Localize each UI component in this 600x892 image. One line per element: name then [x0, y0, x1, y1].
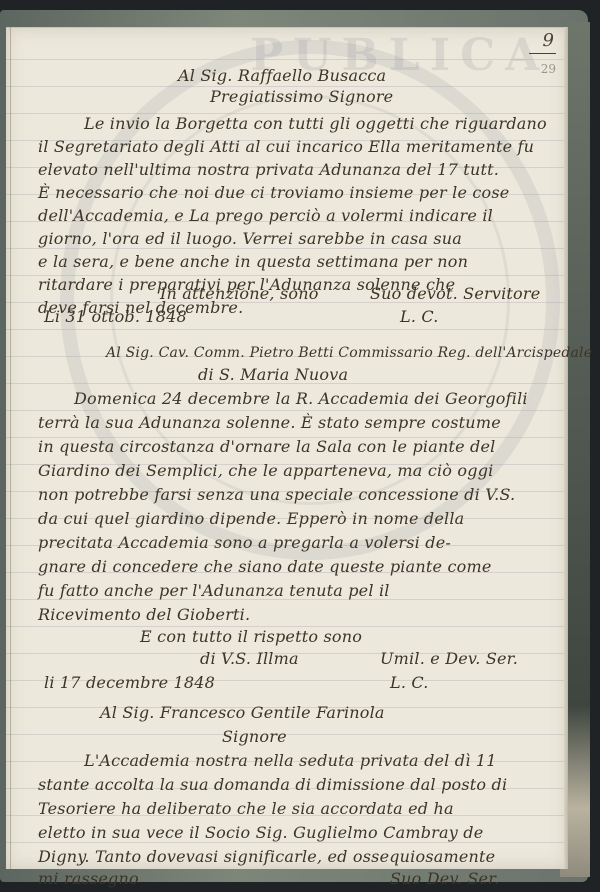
letter3-line: stante accolta la sua domanda di dimissi…	[38, 772, 507, 798]
letter3-line: L'Accademia nostra nella seduta privata …	[84, 748, 497, 774]
folio-mark: 9	[529, 30, 556, 54]
letter2-date: li 17 decembre 1848	[44, 670, 215, 696]
letter2-line: terrà la sua Adunanza solenne. È stato s…	[38, 410, 501, 436]
page-number: 29	[541, 62, 556, 76]
letter2-line: non potrebbe farsi senza una speciale co…	[38, 482, 515, 508]
letter3-closing-right: Suo Dev. Ser.	[390, 866, 500, 892]
letter2-address-line2: di S. Maria Nuova	[198, 362, 348, 388]
page-edge	[564, 27, 568, 869]
letter1-salutation: Pregiatissimo Signore	[210, 84, 393, 110]
letter3-line: eletto in sua vece il Socio Sig. Gugliel…	[38, 820, 483, 846]
letter2-closing-right: Umil. e Dev. Ser.	[380, 646, 518, 672]
letter2-line: precitata Accademia sono a pregarla a vo…	[38, 530, 451, 556]
letter2-line: fu fatto anche per l'Adunanza tenuta pel…	[38, 578, 390, 604]
letter2-line: Giardino dei Semplici, che le appartenev…	[38, 458, 493, 484]
letter2-line: gnare di concedere che siano date queste…	[38, 554, 492, 580]
letter1-date: Li 31 ottob. 1848	[44, 304, 187, 330]
letter2-closing-line2: di V.S. Illma	[200, 646, 299, 672]
page-margin-rule	[10, 27, 11, 869]
letter2-line: Domenica 24 decembre la R. Accademia dei…	[74, 386, 528, 412]
letter3-line: Tesoriere ha deliberato che le sia accor…	[38, 796, 454, 822]
letter2-address-line1: Al Sig. Cav. Comm. Pietro Betti Commissa…	[106, 340, 592, 366]
letter3-address: Al Sig. Francesco Gentile Farinola	[100, 700, 385, 726]
letter1-signature: L. C.	[400, 304, 439, 330]
letter3-line: mi rassegno	[38, 866, 139, 892]
letter2-signature: L. C.	[390, 670, 429, 696]
letter2-line: da cui quel giardino dipende. Epperò in …	[38, 506, 464, 532]
letter1-closing-right: Suo devot. Servitore	[370, 281, 540, 307]
letter2-line: in questa circostanza d'ornare la Sala c…	[38, 434, 495, 460]
letter3-salutation: Signore	[222, 724, 287, 750]
